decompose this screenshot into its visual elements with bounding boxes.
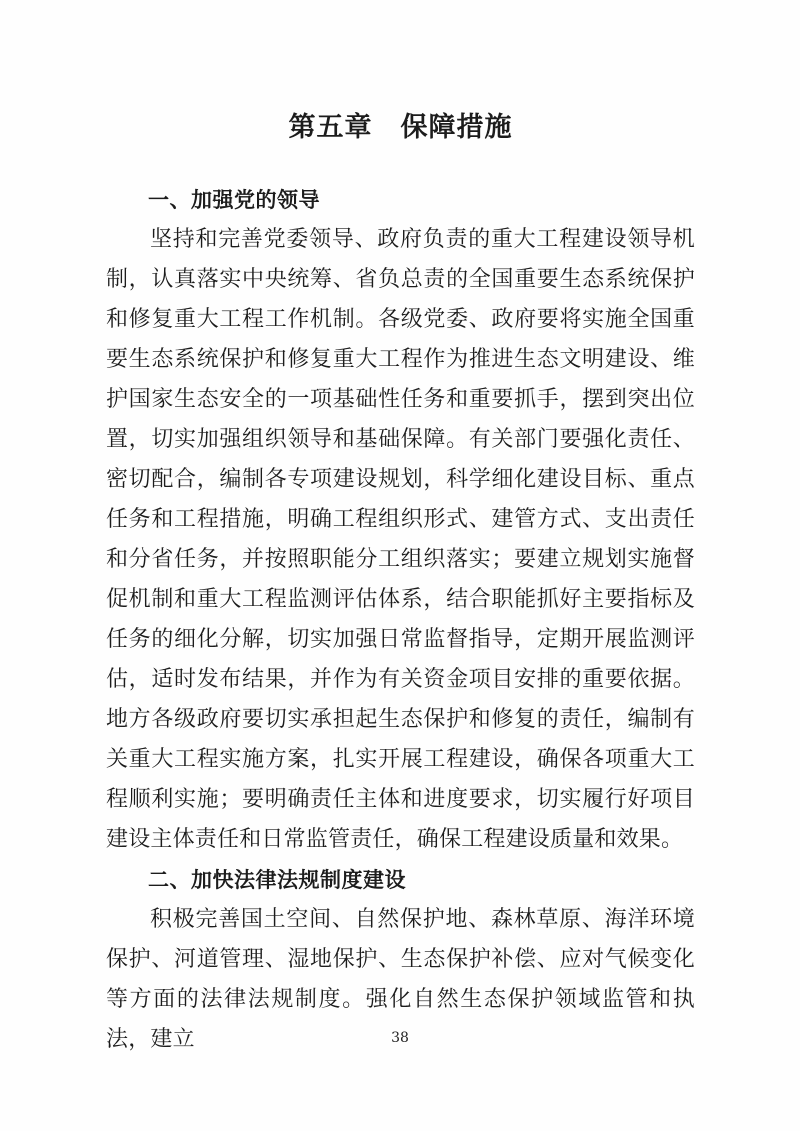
section-heading-legal-system: 二、加快法律法规制度建设 <box>106 860 695 900</box>
section-1-paragraph: 坚持和完善党委领导、政府负责的重大工程建设领导机制，认真落实中央统筹、省负总责的… <box>106 220 695 860</box>
document-page: 第五章 保障措施 一、加强党的领导 坚持和完善党委领导、政府负责的重大工程建设领… <box>0 0 800 1131</box>
chapter-title: 第五章 保障措施 <box>106 110 695 146</box>
section-heading-party-leadership: 一、加强党的领导 <box>106 180 695 220</box>
page-number: 38 <box>0 1030 800 1046</box>
